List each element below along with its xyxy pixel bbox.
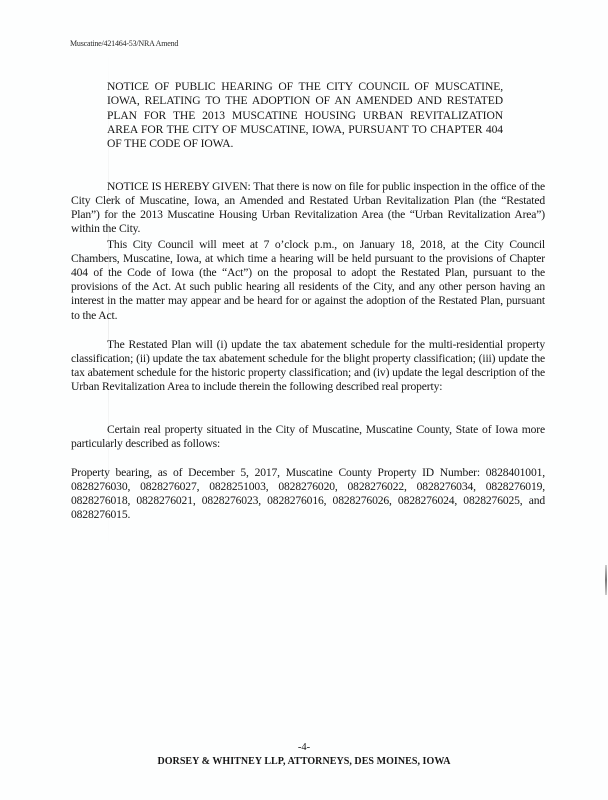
paragraph-plan-updates: The Restated Plan will (i) update the ta… [71, 338, 545, 395]
paragraph-meeting-details: This City Council will meet at 7 o’clock… [71, 238, 545, 323]
paragraph-notice-given: NOTICE IS HEREBY GIVEN: That there is no… [71, 180, 545, 237]
scan-edge-mark [605, 565, 607, 595]
document-page: Muscatine/421464-53/NRA Amend NOTICE OF … [0, 0, 608, 800]
law-firm-footer: DORSEY & WHITNEY LLP, ATTORNEYS, DES MOI… [0, 756, 608, 767]
paragraph-property-intro: Certain real property situated in the Ci… [71, 423, 545, 451]
document-reference: Muscatine/421464-53/NRA Amend [70, 39, 178, 48]
paragraph-property-ids: Property bearing, as of December 5, 2017… [71, 466, 545, 523]
page-number: -4- [0, 742, 608, 753]
notice-title: NOTICE OF PUBLIC HEARING OF THE CITY COU… [107, 80, 503, 151]
